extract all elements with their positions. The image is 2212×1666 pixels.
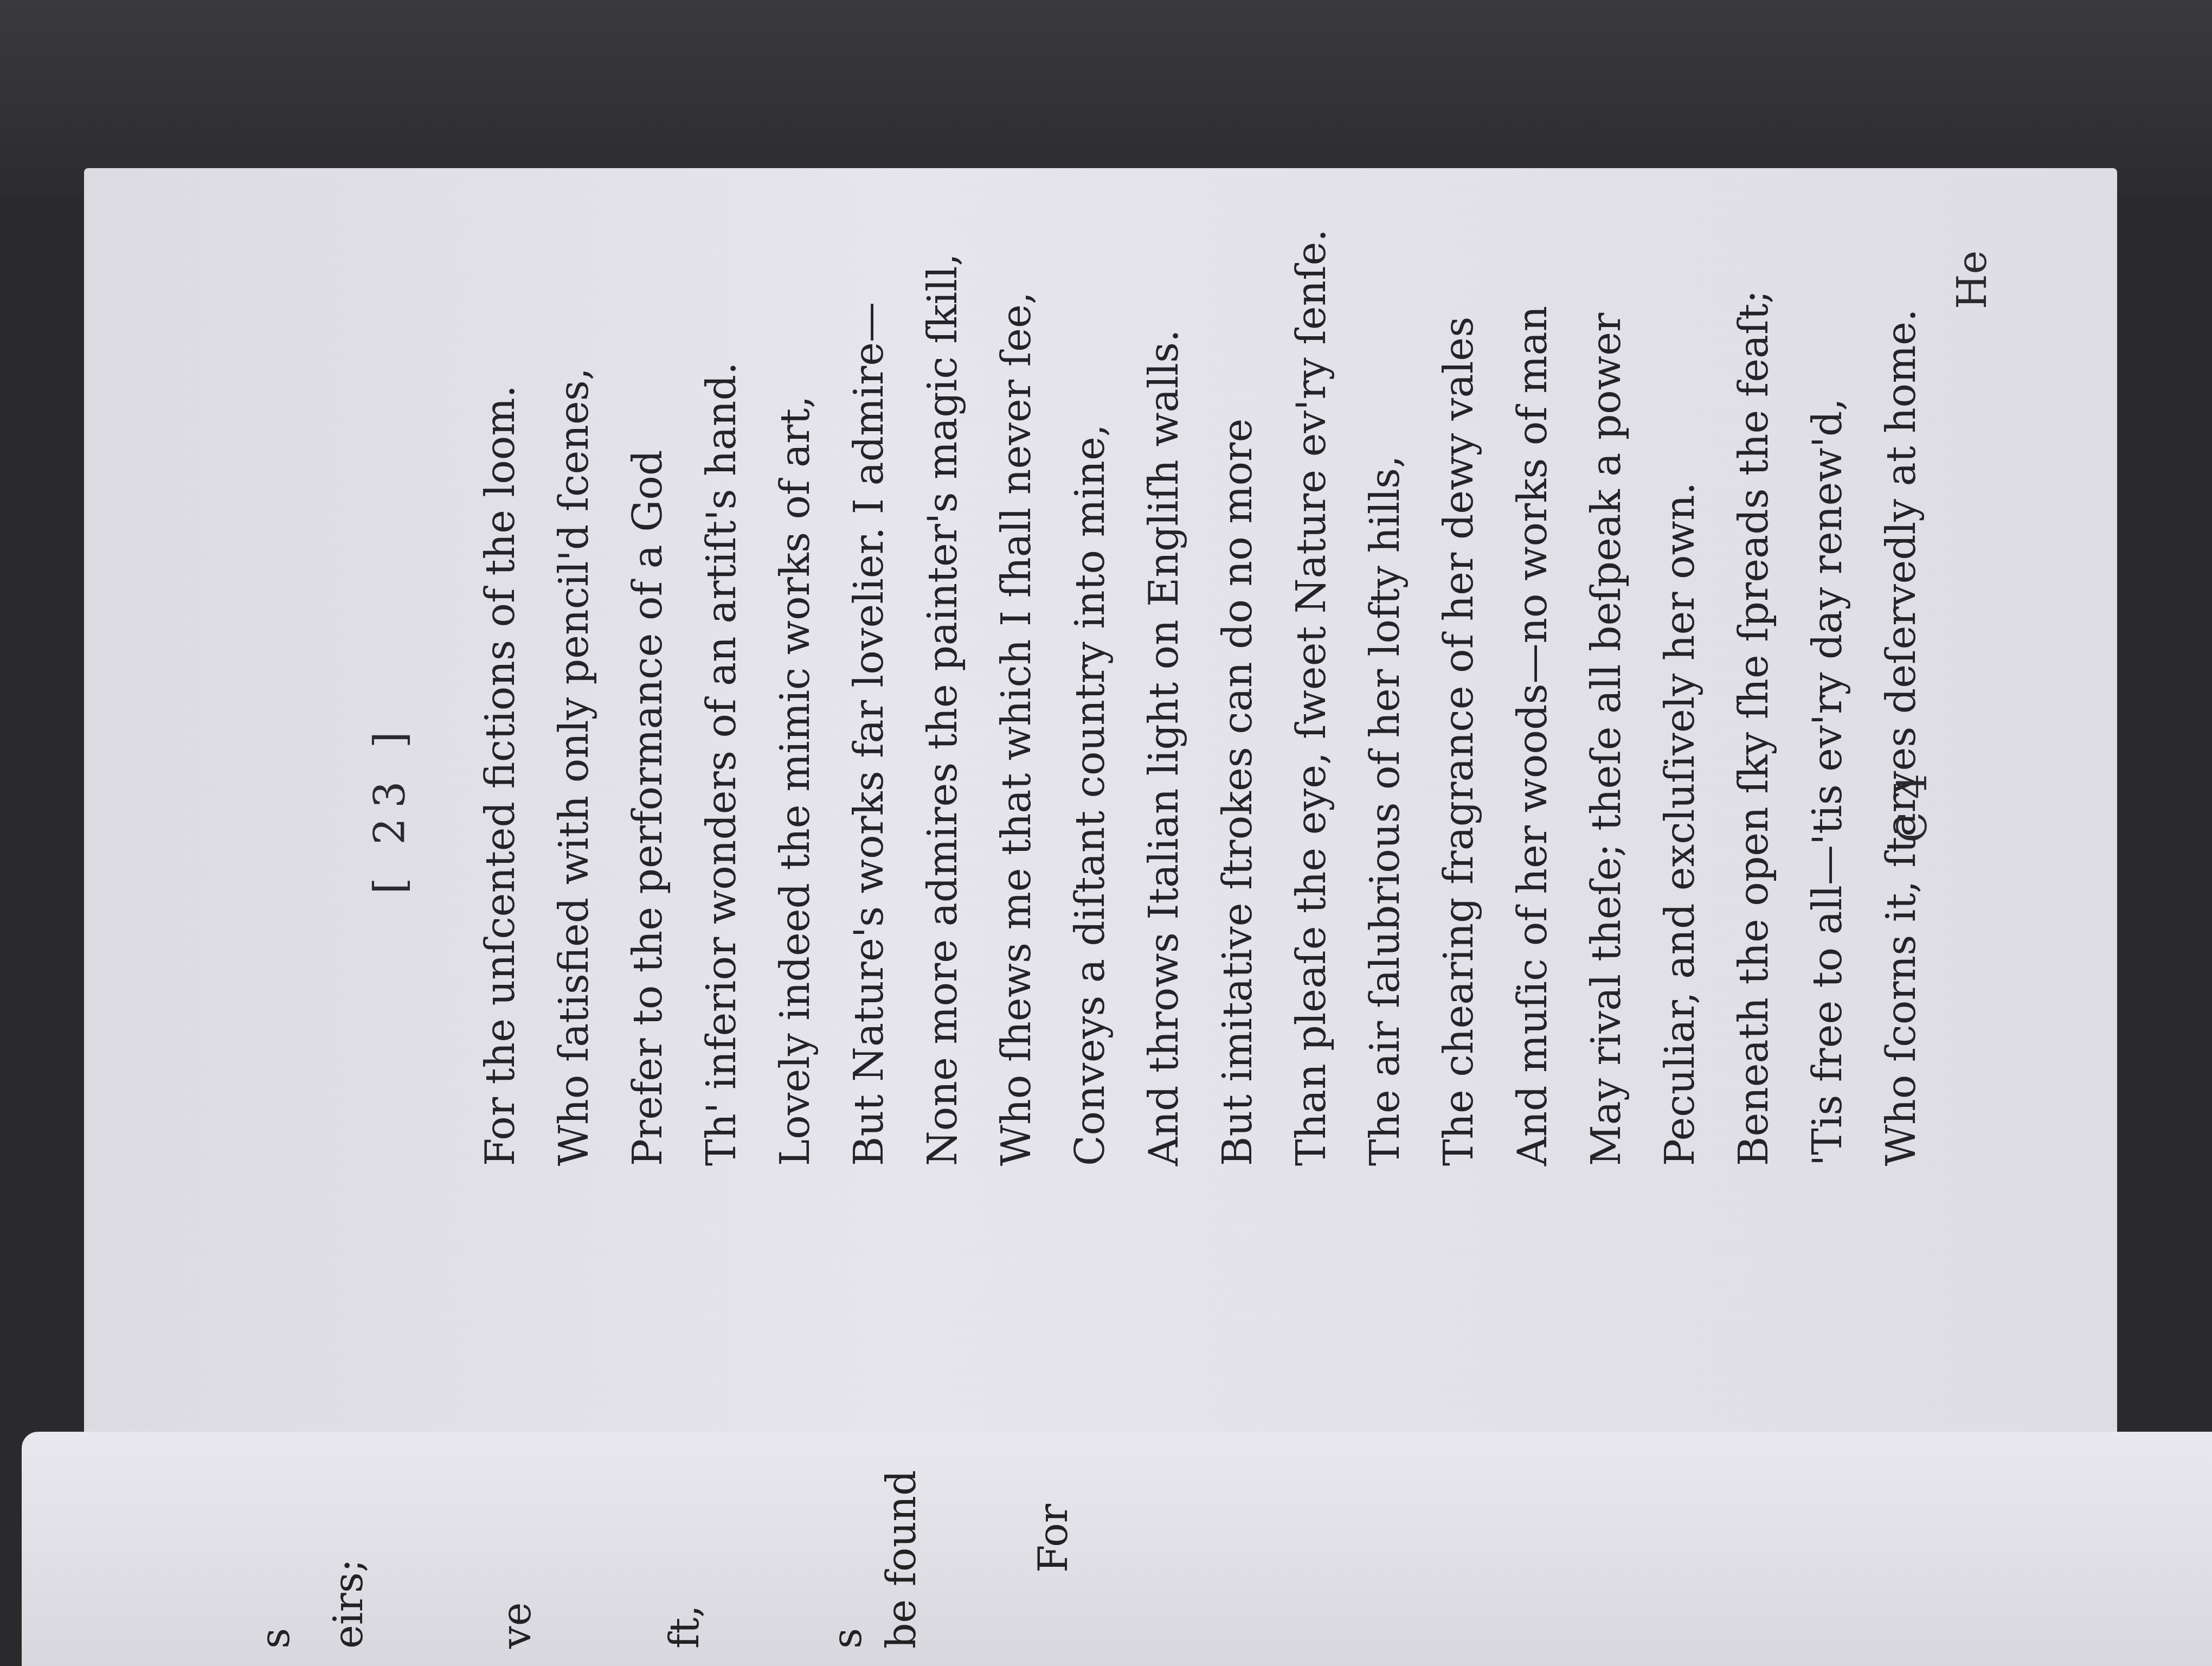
facing-fragment: ve (493, 1602, 540, 1649)
poem-line: The air ſalubrious of her lofty hills, (1348, 229, 1422, 1166)
facing-fragment: s (824, 1628, 871, 1649)
facing-fragment: ft, (661, 1605, 708, 1649)
poem-line: May rival theſe; theſe all beſpeak a pow… (1570, 229, 1643, 1166)
poem-line: Who ſatisfied with only pencil'd ſcenes, (537, 229, 611, 1166)
poem-line: And muſic of her woods—no works of man (1496, 229, 1570, 1166)
poem-line: But Nature's works far lovelier. I admir… (832, 229, 906, 1166)
facing-fragment: eirs; (325, 1559, 372, 1649)
poem-line: Who ſhews me that which I ſhall never ſe… (980, 229, 1053, 1166)
page-number: [ 23 ] (366, 168, 415, 1448)
poem-line: And throws Italian light on Engliſh wall… (1127, 229, 1201, 1166)
poem-line: For the unſcented fictions of the loom. (464, 229, 537, 1166)
poem-line: Peculiar, and excluſively her own. (1643, 229, 1717, 1166)
poem-line: None more admires the painter's magic ſk… (906, 229, 980, 1166)
poem-line: Prefer to the performance of a God (611, 229, 685, 1166)
poem-line: Conveys a diſtant country into mine, (1053, 229, 1127, 1166)
facing-fragment: be found (878, 1470, 925, 1649)
catchword: He (1949, 251, 1996, 309)
signature-mark: C 4 (1889, 168, 1936, 1448)
poem-line: Than pleaſe the eye, ſweet Nature ev'ry … (1275, 229, 1348, 1166)
facing-fragment: For (1030, 1504, 1077, 1573)
poem-line: Beneath the open ſky ſhe ſpreads the fea… (1717, 229, 1791, 1166)
background (0, 0, 2212, 195)
poem-line: Th' inferior wonders of an artiſt's hand… (685, 229, 758, 1166)
facing-fragment: s (252, 1628, 299, 1649)
rotated-page-content: [ 23 ] For the unſcented fictions of the… (84, 168, 2117, 1448)
poem-line: 'Tis free to all—'tis ev'ry day renew'd, (1791, 229, 1864, 1166)
poem-text: For the unſcented fictions of the loom. … (464, 229, 1938, 1166)
poem-line: But imitative ſtrokes can do no more (1201, 229, 1275, 1166)
facing-page: s eirs; ve ft, s be found For (22, 1432, 2212, 1666)
poem-line: The chearing fragrance of her dewy vales (1422, 229, 1496, 1166)
poem-line: Lovely indeed the mimic works of art, (758, 229, 832, 1166)
